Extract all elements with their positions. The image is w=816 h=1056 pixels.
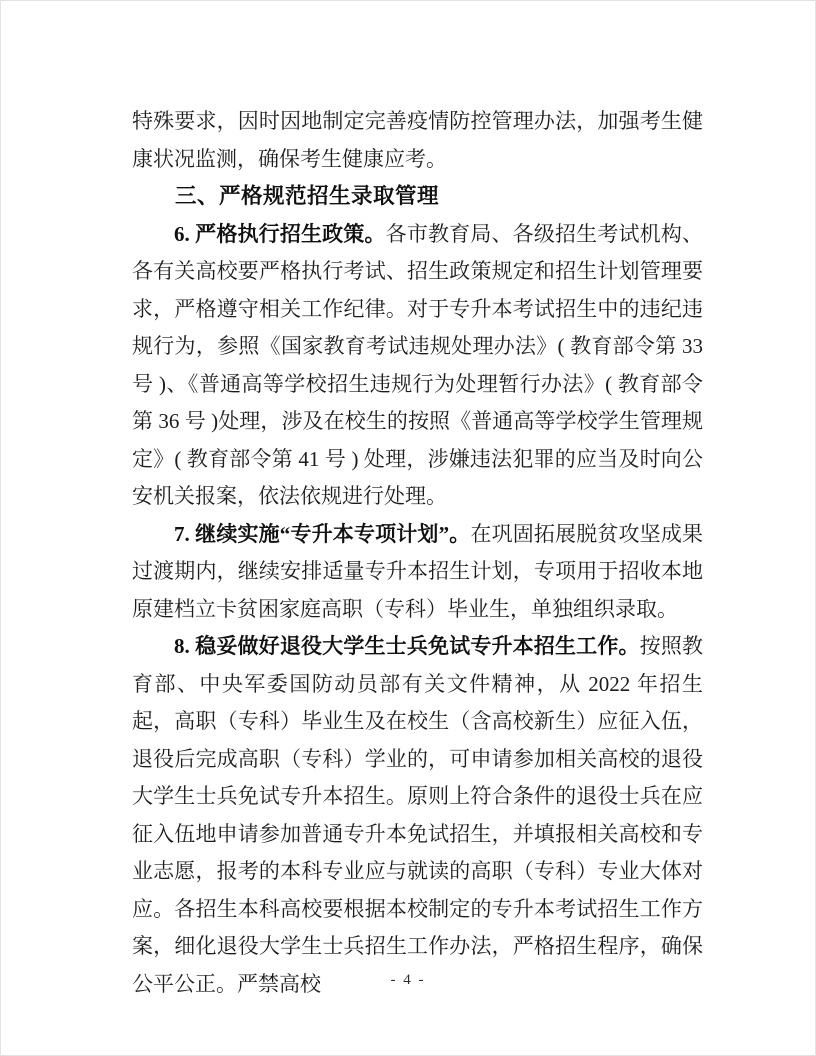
paragraph-8-text: 按照教育部、中央军委国防动员部有关文件精神，从 2022 年招生起，高职（专科）… bbox=[132, 634, 703, 996]
page-number: - 4 - bbox=[0, 972, 816, 989]
paragraph-item-8: 8. 稳妥做好退役大学生士兵免试专升本招生工作。按照教育部、中央军委国防动员部有… bbox=[132, 628, 703, 1003]
paragraph-continuation: 特殊要求，因时因地制定完善疫情防控管理办法，加强考生健康状况监测，确保考生健康应… bbox=[132, 103, 703, 178]
paragraph-7-lead: 7. 继续实施“专升本专项计划”。 bbox=[174, 522, 470, 546]
paragraph-item-6: 6. 严格执行招生政策。各市教育局、各级招生考试机构、各有关高校要严格执行考试、… bbox=[132, 216, 703, 516]
document-page: 特殊要求，因时因地制定完善疫情防控管理办法，加强考生健康状况监测，确保考生健康应… bbox=[0, 0, 816, 1056]
paragraph-8-lead: 8. 稳妥做好退役大学生士兵免试专升本招生工作。 bbox=[174, 634, 640, 658]
section-heading: 三、严格规范招生录取管理 bbox=[132, 178, 703, 216]
document-body: 特殊要求，因时因地制定完善疫情防控管理办法，加强考生健康状况监测，确保考生健康应… bbox=[132, 103, 703, 1003]
paragraph-6-lead: 6. 严格执行招生政策。 bbox=[174, 222, 386, 246]
paragraph-6-text: 各市教育局、各级招生考试机构、各有关高校要严格执行考试、招生政策规定和招生计划管… bbox=[132, 222, 703, 509]
paragraph-item-7: 7. 继续实施“专升本专项计划”。在巩固拓展脱贫攻坚成果过渡期内，继续安排适量专… bbox=[132, 516, 703, 629]
